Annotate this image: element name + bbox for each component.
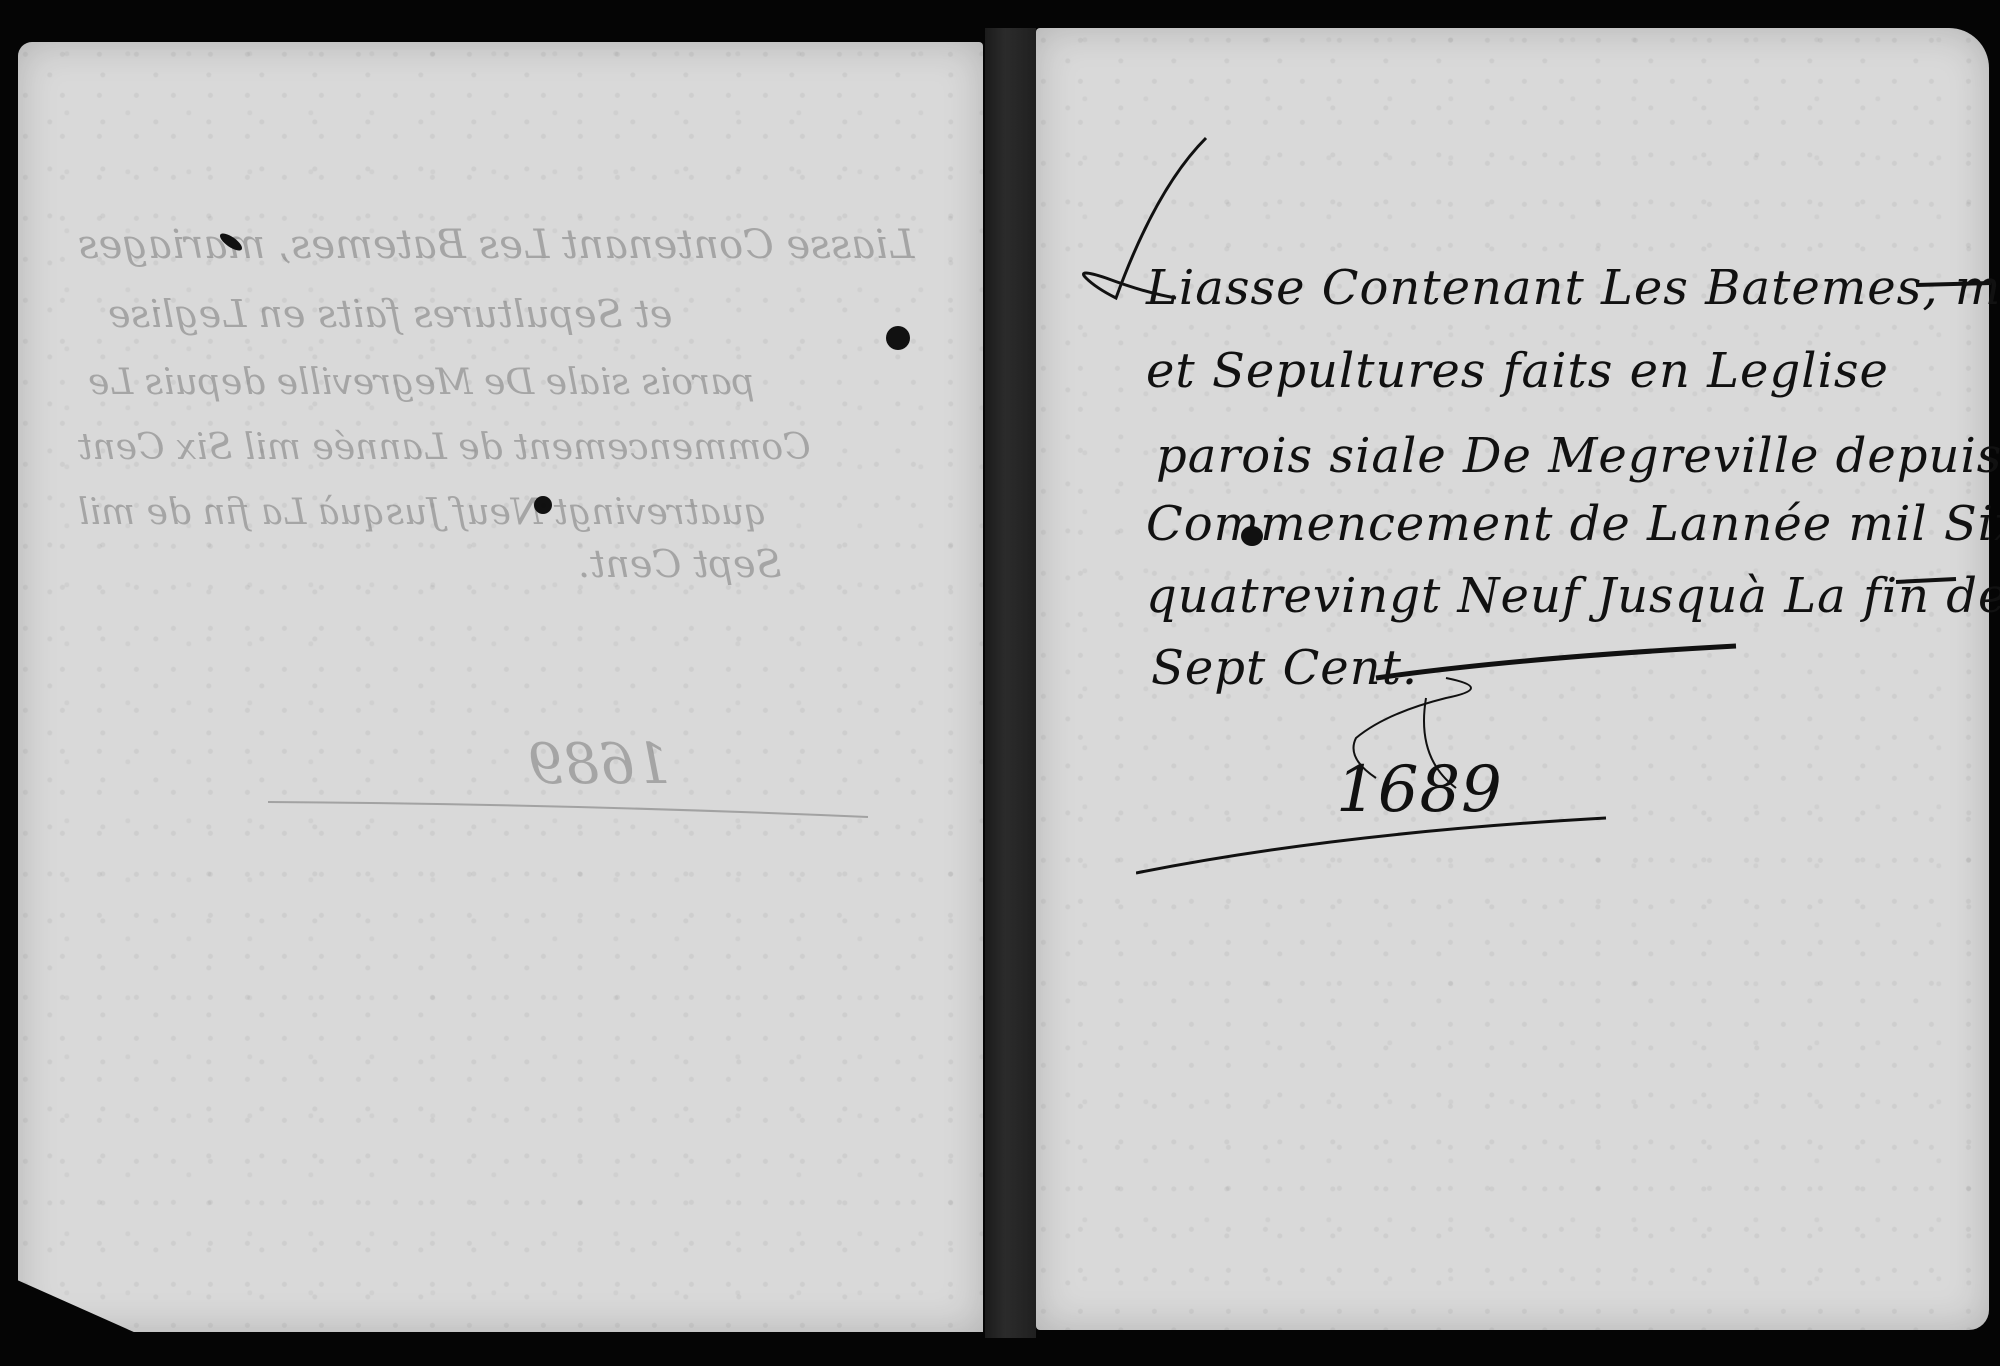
bleed-through-line: Commencement de Lannée mil Six Cent [78,427,811,468]
line-end-rule [1896,576,1976,586]
underline-rule [1136,788,1616,888]
ink-blot [1241,526,1263,546]
book-binding [985,28,1036,1338]
line-end-rule [1916,280,1996,290]
title-line-2: et Sepultures faits en Leglise [1146,343,1889,399]
bleed-through-rule [268,782,888,822]
title-line-4: Commencement de Lannée mil Six Cent [1146,496,2000,552]
title-line-1: Liasse Contenant Les Batemes, mariages [1146,260,2000,316]
title-line-5: quatrevingt Neuf Jusquà La fin de mil [1146,568,2000,624]
title-line-3: parois siale De Megreville depuis Le [1156,428,2000,484]
bleed-through-line: Liasse Contenant Les Batemes, mariages [78,222,914,268]
bleed-through-line: Sept Cent. [578,542,782,586]
bleed-through-line: et Sepultures faits en Leglise [108,292,672,336]
bleed-through-line: parois siale De Megreville depuis Le [88,362,755,403]
ink-blot [886,326,910,350]
right-page: Liasse Contenant Les Batemes, mariages e… [1036,28,1989,1330]
left-page: Liasse Contenant Les Batemes, mariages e… [18,42,983,1332]
bleed-through-line: quatrevingt Neuf Jusquà La fin de mil [78,492,767,533]
ink-blot [534,496,552,514]
